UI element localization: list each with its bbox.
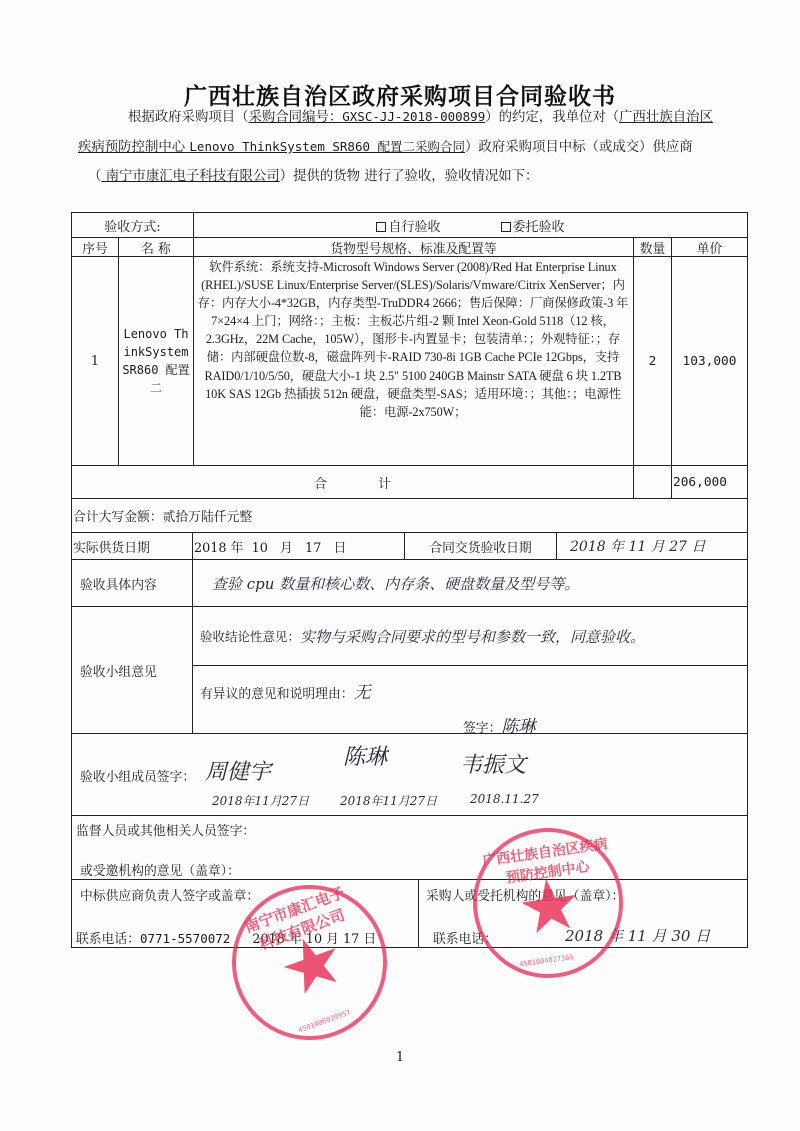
objection-value: 无 <box>354 683 371 703</box>
intro-text: ）的约定，我单位对（ <box>485 110 619 125</box>
actual-delivery-date: 2018 年 10 月 17 日 <box>194 533 404 559</box>
item-index: 1 <box>72 257 118 465</box>
item-unit-price: 103,000 <box>672 257 747 465</box>
member-signature-3: 韦振文 <box>460 748 526 779</box>
total-value: 206,000 <box>673 466 747 498</box>
invited-org-label: 或受邀机构的意见（盖章）： <box>80 860 240 879</box>
contract-number: 采购合同编号：GXSC-JJ-2018-000899 <box>249 110 486 125</box>
self-acceptance-checkbox[interactable]: 自行验收 <box>376 216 440 235</box>
page-number: 1 <box>0 1050 800 1065</box>
group-opinion-label: 验收小组意见 <box>80 607 192 733</box>
signature-label: 签字： <box>463 721 501 736</box>
contract-name: 疾病预防控制中心 Lenovo ThinkSystem SR860 配置二采购合… <box>78 140 465 155</box>
contract-acceptance-date: 2018 年 11 月 27 日 <box>570 533 747 559</box>
supplier-sign-label: 中标供应商负责人签字或盖章： <box>80 885 259 904</box>
supervisor-label: 监督人员或其他相关人员签字： <box>76 820 255 839</box>
seal-text: 广西壮族自治区疾病预防控制中心 <box>479 833 613 891</box>
content-value: 查验 cpu 数量和核心数、内存条、硬盘数量及型号等。 <box>212 560 742 606</box>
objection-row: 有异议的意见和说明理由：无 <box>200 678 371 703</box>
total-words-value: 贰拾万陆仟元整 <box>163 506 253 525</box>
entrusted-acceptance-checkbox[interactable]: 委托验收 <box>501 216 565 235</box>
item-spec: 软件系统：系统支持-Microsoft Windows Server (2008… <box>194 258 632 421</box>
member-signature-2: 陈琳 <box>343 740 387 771</box>
checkbox-icon <box>376 222 386 232</box>
checkbox-icon <box>501 222 511 232</box>
purchaser-name: 广西壮族自治区 <box>619 110 713 125</box>
header-index: 序号 <box>72 238 118 256</box>
total-words-row: 合计大写金额：贰拾万陆仟元整 <box>73 499 743 532</box>
intro-text: 根据政府采购项目（ <box>128 110 249 125</box>
conclusion-label: 验收结论性意见： <box>200 627 300 645</box>
group-signature: 签字：陈琳 <box>463 712 535 737</box>
content-label: 验收具体内容 <box>80 560 192 606</box>
method-label: 验收方式: <box>72 213 193 237</box>
actual-delivery-label: 实际供货日期 <box>73 533 192 559</box>
item-qty: 2 <box>634 257 671 465</box>
intro-line-3: （ 南宁市康汇电子科技有限公司）提供的货物 进行了验收，验收情况如下： <box>88 162 748 192</box>
item-name: Lenovo ThinkSystem SR860 配置二 <box>119 257 193 465</box>
objection-label: 有异议的意见和说明理由： <box>200 687 354 702</box>
signature-value: 陈琳 <box>501 717 535 737</box>
supplier-phone: 0771-5570072 <box>140 931 230 946</box>
header-unit-price: 单价 <box>672 238 747 256</box>
contract-acceptance-label: 合同交货验收日期 <box>405 533 556 559</box>
header-spec: 货物型号规格、标准及配置等 <box>194 238 633 256</box>
total-label: 合 计 <box>72 466 633 498</box>
intro-line-2: 疾病预防控制中心 Lenovo ThinkSystem SR860 配置二采购合… <box>78 132 758 163</box>
intro-text: ）政府采购项目中标（或成交）供应商 <box>465 140 693 155</box>
header-name: 名 称 <box>119 238 193 256</box>
method-options: 自行验收 委托验收 <box>194 213 747 237</box>
seal-code: 4501004027365 <box>519 953 574 969</box>
supplier-phone-label: 联系电话： <box>76 932 140 947</box>
total-words-label: 合计大写金额： <box>73 506 163 525</box>
header-qty: 数量 <box>634 238 671 256</box>
member-signature-1: 周健宇 <box>205 755 271 786</box>
conclusion-value: 实物与采购合同要求的型号和参数一致，同意验收。 <box>300 626 645 647</box>
conclusion-row: 验收结论性意见：实物与采购合同要求的型号和参数一致，同意验收。 <box>200 607 745 665</box>
intro-text: ）提供的货物 进行了验收，验收情况如下： <box>280 169 539 184</box>
members-label: 验收小组成员签字： <box>80 766 195 785</box>
intro-line-1: 根据政府采购项目（采购合同编号：GXSC-JJ-2018-000899）的约定，… <box>128 102 748 133</box>
member-date-1: 2018年11月27日 <box>212 792 309 809</box>
seal-code: 4501006029957 <box>297 1008 351 1034</box>
supplier-name: 南宁市康汇电子科技有限公司 <box>101 169 279 184</box>
member-date-3: 2018.11.27 <box>470 792 539 806</box>
purchaser-organization-seal: ★ 广西壮族自治区疾病预防控制中心 4501004027365 <box>463 818 632 987</box>
member-date-2: 2018年11月27日 <box>340 792 437 809</box>
